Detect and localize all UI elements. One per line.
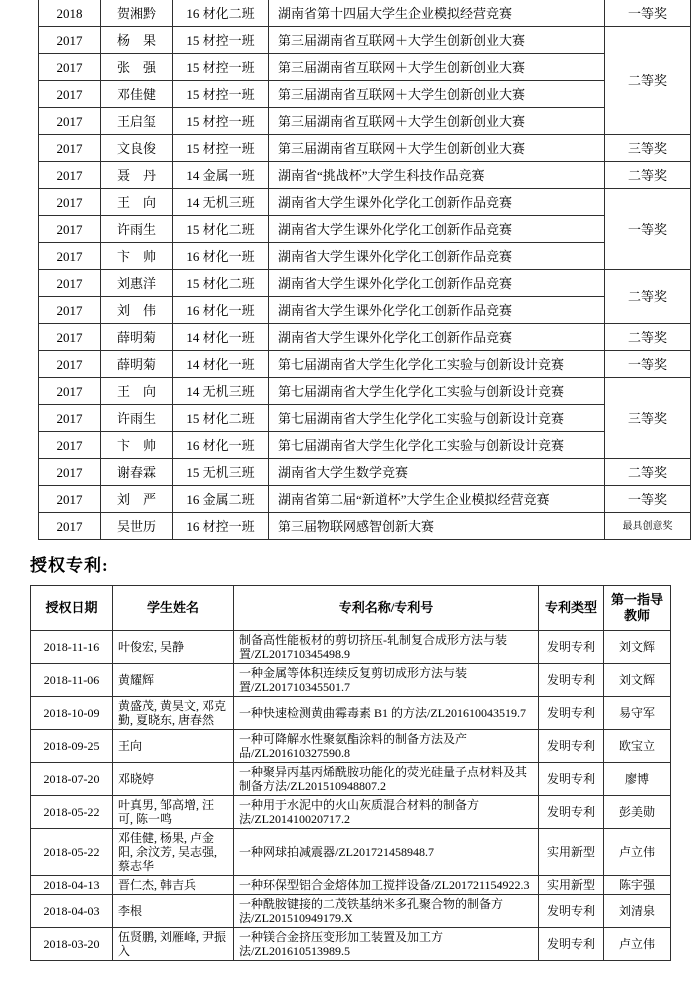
patent-students-cell: 黄耀辉 bbox=[113, 664, 234, 697]
award-competition-cell: 湖南省大学生课外化学化工创新作品竞赛 bbox=[269, 216, 605, 243]
award-year-cell: 2017 bbox=[39, 27, 101, 54]
award-year-cell: 2017 bbox=[39, 459, 101, 486]
patent-advisor-cell: 卢立伟 bbox=[604, 829, 671, 876]
award-student-name-cell: 贺湘黔 bbox=[101, 0, 173, 27]
award-row: 2017卞 帅16 材化一班第七届湖南省大学生化学化工实验与创新设计竞赛 bbox=[39, 432, 691, 459]
patent-type-cell: 发明专利 bbox=[539, 928, 604, 961]
award-prize-cell: 三等奖 bbox=[605, 135, 691, 162]
award-competition-cell: 湖南省第二届“新道杯”大学生企业模拟经营竞赛 bbox=[269, 486, 605, 513]
award-row: 2017许雨生15 材化二班第七届湖南省大学生化学化工实验与创新设计竞赛 bbox=[39, 405, 691, 432]
patent-name-number-cell: 制备高性能板材的剪切挤压-轧制复合成形方法与装置/ZL201710345498.… bbox=[234, 631, 539, 664]
granted-patents-table: 授权日期学生姓名专利名称/专利号专利类型第一指导教师 2018-11-16叶俊宏… bbox=[30, 585, 671, 961]
patent-students-cell: 王向 bbox=[113, 730, 234, 763]
award-row: 2017刘 伟16 材化一班湖南省大学生课外化学化工创新作品竞赛 bbox=[39, 297, 691, 324]
award-row: 2017卞 帅16 材化一班湖南省大学生课外化学化工创新作品竞赛 bbox=[39, 243, 691, 270]
patent-advisor-cell: 卢立伟 bbox=[604, 928, 671, 961]
award-year-cell: 2017 bbox=[39, 297, 101, 324]
award-class-cell: 15 材化二班 bbox=[173, 216, 269, 243]
award-year-cell: 2017 bbox=[39, 378, 101, 405]
patent-advisor-cell: 刘清泉 bbox=[604, 895, 671, 928]
award-class-cell: 15 材化二班 bbox=[173, 405, 269, 432]
patents-section-heading: 授权专利: bbox=[30, 551, 109, 576]
award-year-cell: 2017 bbox=[39, 216, 101, 243]
award-row: 2017王启玺15 材控一班第三届湖南省互联网＋大学生创新创业大赛 bbox=[39, 108, 691, 135]
award-row: 2017邓佳健15 材控一班第三届湖南省互联网＋大学生创新创业大赛 bbox=[39, 81, 691, 108]
student-awards-table-body: 2018贺湘黔16 材化二班湖南省第十四届大学生企业模拟经营竞赛一等奖2017杨… bbox=[39, 0, 691, 540]
patent-students-cell: 黄盛茂, 黄昊文, 邓克勤, 夏晓东, 唐春然 bbox=[113, 697, 234, 730]
award-student-name-cell: 刘 伟 bbox=[101, 297, 173, 324]
award-competition-cell: 湖南省“挑战杯”大学生科技作品竞赛 bbox=[269, 162, 605, 189]
patent-row: 2018-11-16叶俊宏, 吴静制备高性能板材的剪切挤压-轧制复合成形方法与装… bbox=[31, 631, 671, 664]
award-row: 2017吴世历16 材控一班第三届物联网感智创新大赛最具创意奖 bbox=[39, 513, 691, 540]
award-competition-cell: 湖南省大学生课外化学化工创新作品竞赛 bbox=[269, 189, 605, 216]
award-row: 2017刘 严16 金属二班湖南省第二届“新道杯”大学生企业模拟经营竞赛一等奖 bbox=[39, 486, 691, 513]
patent-row: 2018-10-09黄盛茂, 黄昊文, 邓克勤, 夏晓东, 唐春然一种快速检测黄… bbox=[31, 697, 671, 730]
award-student-name-cell: 邓佳健 bbox=[101, 81, 173, 108]
award-row: 2017薛明菊14 材化一班湖南省大学生课外化学化工创新作品竞赛二等奖 bbox=[39, 324, 691, 351]
patent-students-cell: 晋仁杰, 韩吉兵 bbox=[113, 876, 234, 895]
patent-name-number-cell: 一种网球拍减震器/ZL201721458948.7 bbox=[234, 829, 539, 876]
award-prize-cell: 二等奖 bbox=[605, 27, 691, 135]
patent-students-cell: 叶俊宏, 吴静 bbox=[113, 631, 234, 664]
award-class-cell: 15 材控一班 bbox=[173, 81, 269, 108]
award-prize-cell: 二等奖 bbox=[605, 162, 691, 189]
award-student-name-cell: 王 向 bbox=[101, 378, 173, 405]
patent-row: 2018-04-13晋仁杰, 韩吉兵一种环保型铝合金熔体加工搅拌设备/ZL201… bbox=[31, 876, 671, 895]
award-prize-cell: 一等奖 bbox=[605, 189, 691, 270]
award-competition-cell: 第七届湖南省大学生化学化工实验与创新设计竞赛 bbox=[269, 432, 605, 459]
patent-advisor-cell: 欧宝立 bbox=[604, 730, 671, 763]
award-competition-cell: 湖南省大学生课外化学化工创新作品竞赛 bbox=[269, 324, 605, 351]
award-row: 2017薛明菊14 材化一班第七届湖南省大学生化学化工实验与创新设计竞赛一等奖 bbox=[39, 351, 691, 378]
patent-name-number-cell: 一种快速检测黄曲霉毒素 B1 的方法/ZL201610043519.7 bbox=[234, 697, 539, 730]
award-prize-cell: 一等奖 bbox=[605, 486, 691, 513]
award-class-cell: 15 材化二班 bbox=[173, 270, 269, 297]
patent-date-cell: 2018-03-20 bbox=[31, 928, 113, 961]
award-year-cell: 2017 bbox=[39, 162, 101, 189]
patent-row: 2018-05-22邓佳健, 杨果, 卢金阳, 余汶芳, 吴志强, 蔡志华一种网… bbox=[31, 829, 671, 876]
patents-column-header: 学生姓名 bbox=[113, 586, 234, 631]
award-prize-cell: 三等奖 bbox=[605, 378, 691, 459]
patent-date-cell: 2018-04-03 bbox=[31, 895, 113, 928]
award-year-cell: 2017 bbox=[39, 513, 101, 540]
award-competition-cell: 第三届湖南省互联网＋大学生创新创业大赛 bbox=[269, 54, 605, 81]
award-year-cell: 2017 bbox=[39, 189, 101, 216]
patent-students-cell: 伍贤鹏, 刘雁峰, 尹振入 bbox=[113, 928, 234, 961]
patent-type-cell: 发明专利 bbox=[539, 664, 604, 697]
patent-name-number-cell: 一种环保型铝合金熔体加工搅拌设备/ZL201721154922.3 bbox=[234, 876, 539, 895]
patent-row: 2018-11-06黄耀辉一种金属等体积连续反复剪切成形方法与装置/ZL2017… bbox=[31, 664, 671, 697]
patents-column-header: 专利类型 bbox=[539, 586, 604, 631]
award-prize-cell: 二等奖 bbox=[605, 270, 691, 324]
award-student-name-cell: 文良俊 bbox=[101, 135, 173, 162]
award-competition-cell: 第七届湖南省大学生化学化工实验与创新设计竞赛 bbox=[269, 351, 605, 378]
award-competition-cell: 第三届物联网感智创新大赛 bbox=[269, 513, 605, 540]
award-student-name-cell: 杨 果 bbox=[101, 27, 173, 54]
award-competition-cell: 第三届湖南省互联网＋大学生创新创业大赛 bbox=[269, 81, 605, 108]
award-student-name-cell: 谢春霖 bbox=[101, 459, 173, 486]
award-row: 2017杨 果15 材控一班第三届湖南省互联网＋大学生创新创业大赛二等奖 bbox=[39, 27, 691, 54]
award-student-name-cell: 卞 帅 bbox=[101, 432, 173, 459]
patents-column-header: 第一指导教师 bbox=[604, 586, 671, 631]
award-competition-cell: 湖南省大学生课外化学化工创新作品竞赛 bbox=[269, 270, 605, 297]
award-student-name-cell: 聂 丹 bbox=[101, 162, 173, 189]
patent-name-number-cell: 一种聚异丙基丙烯酰胺功能化的荧光硅量子点材料及其制备方法/ZL201510948… bbox=[234, 763, 539, 796]
award-student-name-cell: 王启玺 bbox=[101, 108, 173, 135]
patent-advisor-cell: 刘文辉 bbox=[604, 664, 671, 697]
award-class-cell: 15 材控一班 bbox=[173, 108, 269, 135]
patent-row: 2018-03-20伍贤鹏, 刘雁峰, 尹振入一种镁合金挤压变形加工装置及加工方… bbox=[31, 928, 671, 961]
award-row: 2017许雨生15 材化二班湖南省大学生课外化学化工创新作品竞赛 bbox=[39, 216, 691, 243]
patent-advisor-cell: 刘文辉 bbox=[604, 631, 671, 664]
award-prize-cell: 二等奖 bbox=[605, 324, 691, 351]
award-year-cell: 2017 bbox=[39, 351, 101, 378]
award-student-name-cell: 刘惠洋 bbox=[101, 270, 173, 297]
patent-date-cell: 2018-05-22 bbox=[31, 796, 113, 829]
award-competition-cell: 湖南省大学生课外化学化工创新作品竞赛 bbox=[269, 243, 605, 270]
award-student-name-cell: 许雨生 bbox=[101, 216, 173, 243]
award-row: 2017谢春霖15 无机三班湖南省大学生数学竞赛二等奖 bbox=[39, 459, 691, 486]
patent-students-cell: 李根 bbox=[113, 895, 234, 928]
award-prize-cell: 一等奖 bbox=[605, 351, 691, 378]
award-class-cell: 14 金属一班 bbox=[173, 162, 269, 189]
patent-name-number-cell: 一种金属等体积连续反复剪切成形方法与装置/ZL201710345501.7 bbox=[234, 664, 539, 697]
patent-date-cell: 2018-05-22 bbox=[31, 829, 113, 876]
award-student-name-cell: 卞 帅 bbox=[101, 243, 173, 270]
award-student-name-cell: 薛明菊 bbox=[101, 324, 173, 351]
award-row: 2018贺湘黔16 材化二班湖南省第十四届大学生企业模拟经营竞赛一等奖 bbox=[39, 0, 691, 27]
patents-header-row: 授权日期学生姓名专利名称/专利号专利类型第一指导教师 bbox=[31, 586, 671, 631]
patent-students-cell: 叶真男, 邹高增, 汪可, 陈一鸣 bbox=[113, 796, 234, 829]
patent-type-cell: 发明专利 bbox=[539, 796, 604, 829]
award-year-cell: 2017 bbox=[39, 54, 101, 81]
award-class-cell: 16 金属二班 bbox=[173, 486, 269, 513]
award-row: 2017文良俊15 材控一班第三届湖南省互联网＋大学生创新创业大赛三等奖 bbox=[39, 135, 691, 162]
patent-row: 2018-04-03李根一种酰胺键接的二茂铁基纳米多孔聚合物的制备方法/ZL20… bbox=[31, 895, 671, 928]
award-student-name-cell: 薛明菊 bbox=[101, 351, 173, 378]
award-row: 2017刘惠洋15 材化二班湖南省大学生课外化学化工创新作品竞赛二等奖 bbox=[39, 270, 691, 297]
award-year-cell: 2017 bbox=[39, 270, 101, 297]
award-competition-cell: 第七届湖南省大学生化学化工实验与创新设计竞赛 bbox=[269, 378, 605, 405]
patent-name-number-cell: 一种酰胺键接的二茂铁基纳米多孔聚合物的制备方法/ZL201510949179.X bbox=[234, 895, 539, 928]
patent-advisor-cell: 廖博 bbox=[604, 763, 671, 796]
award-class-cell: 15 材控一班 bbox=[173, 54, 269, 81]
award-year-cell: 2017 bbox=[39, 324, 101, 351]
award-year-cell: 2018 bbox=[39, 0, 101, 27]
award-class-cell: 14 材化一班 bbox=[173, 351, 269, 378]
award-prize-cell: 最具创意奖 bbox=[605, 513, 691, 540]
award-student-name-cell: 许雨生 bbox=[101, 405, 173, 432]
patent-date-cell: 2018-10-09 bbox=[31, 697, 113, 730]
patent-type-cell: 实用新型 bbox=[539, 829, 604, 876]
award-year-cell: 2017 bbox=[39, 486, 101, 513]
award-class-cell: 16 材化一班 bbox=[173, 243, 269, 270]
award-class-cell: 15 无机三班 bbox=[173, 459, 269, 486]
granted-patents-table-body: 2018-11-16叶俊宏, 吴静制备高性能板材的剪切挤压-轧制复合成形方法与装… bbox=[31, 631, 671, 961]
patent-date-cell: 2018-04-13 bbox=[31, 876, 113, 895]
patent-row: 2018-09-25王向一种可降解水性聚氨酯涂料的制备方法及产品/ZL20161… bbox=[31, 730, 671, 763]
patent-name-number-cell: 一种用于水泥中的火山灰质混合材料的制备方法/ZL201410020717.2 bbox=[234, 796, 539, 829]
award-year-cell: 2017 bbox=[39, 405, 101, 432]
award-competition-cell: 湖南省大学生课外化学化工创新作品竞赛 bbox=[269, 297, 605, 324]
award-competition-cell: 第三届湖南省互联网＋大学生创新创业大赛 bbox=[269, 27, 605, 54]
patent-row: 2018-05-22叶真男, 邹高增, 汪可, 陈一鸣一种用于水泥中的火山灰质混… bbox=[31, 796, 671, 829]
patent-advisor-cell: 易守军 bbox=[604, 697, 671, 730]
award-student-name-cell: 吴世历 bbox=[101, 513, 173, 540]
award-class-cell: 14 无机三班 bbox=[173, 378, 269, 405]
student-awards-table: 2018贺湘黔16 材化二班湖南省第十四届大学生企业模拟经营竞赛一等奖2017杨… bbox=[38, 0, 691, 540]
patent-type-cell: 实用新型 bbox=[539, 876, 604, 895]
award-class-cell: 16 材化一班 bbox=[173, 297, 269, 324]
award-competition-cell: 湖南省大学生数学竞赛 bbox=[269, 459, 605, 486]
granted-patents-table-head: 授权日期学生姓名专利名称/专利号专利类型第一指导教师 bbox=[31, 586, 671, 631]
patents-column-header: 专利名称/专利号 bbox=[234, 586, 539, 631]
award-competition-cell: 第三届湖南省互联网＋大学生创新创业大赛 bbox=[269, 135, 605, 162]
patent-row: 2018-07-20邓晓婷一种聚异丙基丙烯酰胺功能化的荧光硅量子点材料及其制备方… bbox=[31, 763, 671, 796]
patent-advisor-cell: 陈宇强 bbox=[604, 876, 671, 895]
award-class-cell: 16 材控一班 bbox=[173, 513, 269, 540]
award-year-cell: 2017 bbox=[39, 432, 101, 459]
patent-date-cell: 2018-11-16 bbox=[31, 631, 113, 664]
award-student-name-cell: 王 向 bbox=[101, 189, 173, 216]
award-competition-cell: 湖南省第十四届大学生企业模拟经营竞赛 bbox=[269, 0, 605, 27]
patents-column-header: 授权日期 bbox=[31, 586, 113, 631]
award-year-cell: 2017 bbox=[39, 108, 101, 135]
patent-type-cell: 发明专利 bbox=[539, 895, 604, 928]
patent-date-cell: 2018-09-25 bbox=[31, 730, 113, 763]
patent-date-cell: 2018-11-06 bbox=[31, 664, 113, 697]
award-year-cell: 2017 bbox=[39, 243, 101, 270]
award-student-name-cell: 张 强 bbox=[101, 54, 173, 81]
award-prize-cell: 二等奖 bbox=[605, 459, 691, 486]
patent-date-cell: 2018-07-20 bbox=[31, 763, 113, 796]
patent-type-cell: 发明专利 bbox=[539, 697, 604, 730]
patent-type-cell: 发明专利 bbox=[539, 730, 604, 763]
patent-advisor-cell: 彭美勋 bbox=[604, 796, 671, 829]
award-row: 2017张 强15 材控一班第三届湖南省互联网＋大学生创新创业大赛 bbox=[39, 54, 691, 81]
award-row: 2017聂 丹14 金属一班湖南省“挑战杯”大学生科技作品竞赛二等奖 bbox=[39, 162, 691, 189]
patent-type-cell: 发明专利 bbox=[539, 763, 604, 796]
award-year-cell: 2017 bbox=[39, 81, 101, 108]
award-class-cell: 16 材化一班 bbox=[173, 432, 269, 459]
award-class-cell: 14 材化一班 bbox=[173, 324, 269, 351]
patent-type-cell: 发明专利 bbox=[539, 631, 604, 664]
award-competition-cell: 第三届湖南省互联网＋大学生创新创业大赛 bbox=[269, 108, 605, 135]
award-competition-cell: 第七届湖南省大学生化学化工实验与创新设计竞赛 bbox=[269, 405, 605, 432]
award-class-cell: 16 材化二班 bbox=[173, 0, 269, 27]
award-row: 2017王 向14 无机三班第七届湖南省大学生化学化工实验与创新设计竞赛三等奖 bbox=[39, 378, 691, 405]
patent-name-number-cell: 一种镁合金挤压变形加工装置及加工方法/ZL201610513989.5 bbox=[234, 928, 539, 961]
patent-name-number-cell: 一种可降解水性聚氨酯涂料的制备方法及产品/ZL201610327590.8 bbox=[234, 730, 539, 763]
award-class-cell: 15 材控一班 bbox=[173, 27, 269, 54]
award-year-cell: 2017 bbox=[39, 135, 101, 162]
award-class-cell: 14 无机三班 bbox=[173, 189, 269, 216]
award-student-name-cell: 刘 严 bbox=[101, 486, 173, 513]
award-row: 2017王 向14 无机三班湖南省大学生课外化学化工创新作品竞赛一等奖 bbox=[39, 189, 691, 216]
award-class-cell: 15 材控一班 bbox=[173, 135, 269, 162]
patent-students-cell: 邓佳健, 杨果, 卢金阳, 余汶芳, 吴志强, 蔡志华 bbox=[113, 829, 234, 876]
award-prize-cell: 一等奖 bbox=[605, 0, 691, 27]
patent-students-cell: 邓晓婷 bbox=[113, 763, 234, 796]
